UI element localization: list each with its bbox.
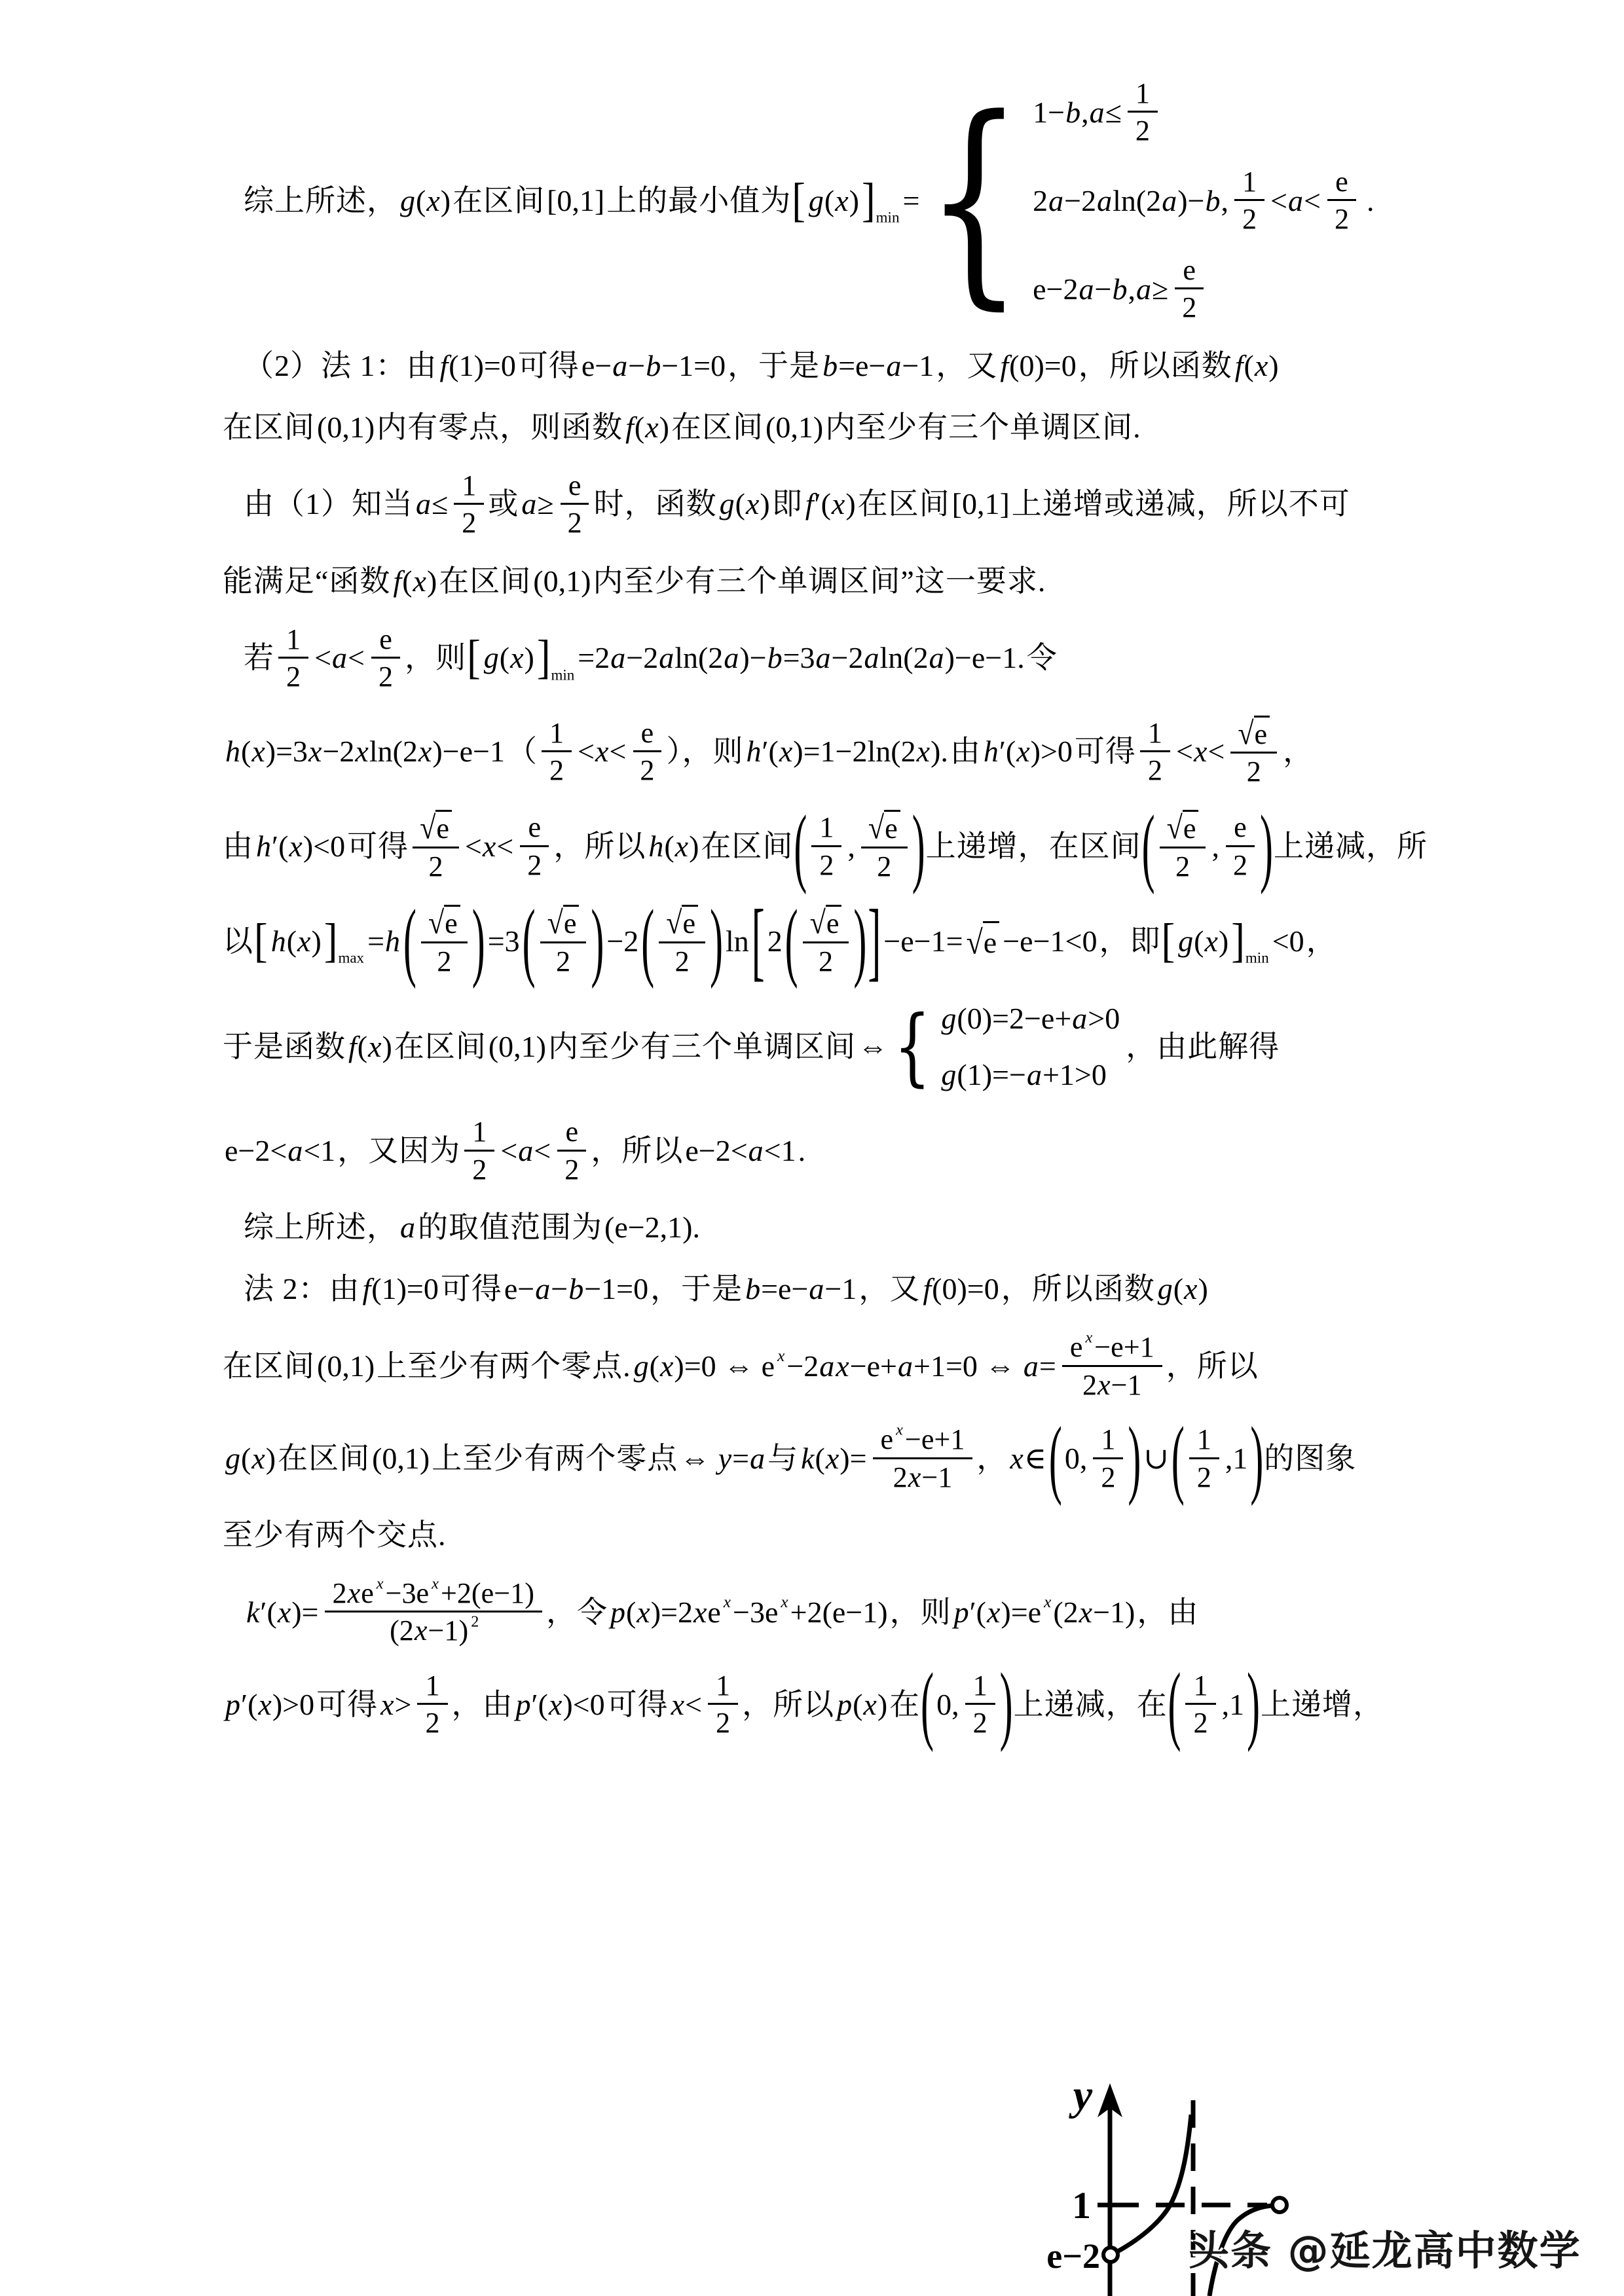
watermark: 头条 @延龙高中数学 bbox=[1189, 2218, 1581, 2276]
page: { "document": { "lines": [ {"indent": tr… bbox=[0, 0, 1624, 2296]
text-line: 以[h(x)]max=h(√e2)=3(√e2)−2(√e2)ln[2(√e2)… bbox=[223, 905, 1408, 977]
text-line: 综上所述，a的取值范围为(e−2,1). bbox=[223, 1208, 1408, 1247]
text-line: 由（1）知当a≤12或a≥e2时，函数g(x)即f′(x)在区间[0,1]上递增… bbox=[223, 469, 1408, 539]
y-axis-label: y bbox=[1069, 2082, 1093, 2119]
text-line: 至少有两个交点. bbox=[223, 1516, 1408, 1555]
tick-label-e-minus-2: e−2 bbox=[1046, 2236, 1100, 2276]
text-line: 于是函数f(x)在区间(0,1)内至少有三个单调区间⇔{g(0)=2−e+a>0… bbox=[223, 1000, 1408, 1093]
text-line: g(x)在区间(0,1)上至少有两个零点⇔ y=a与k(x)=ex−e+12x−… bbox=[223, 1423, 1408, 1493]
text-line: （2）法 1：由f(1)=0可得e−a−b−1=0，于是b=e−a−1，又f(0… bbox=[223, 346, 1408, 386]
text-line: 综上所述，g(x)在区间[0,1]上的最小值为[g(x)]min={1−b,a≤… bbox=[223, 77, 1408, 324]
text-line: 在区间(0,1)上至少有两个零点.g(x)=0 ⇔ ex−2ax−e+a+1=0… bbox=[223, 1331, 1408, 1401]
text-line: 由h′(x)<0可得√e2<x<e2，所以h(x)在区间(12,√e2)上递增，… bbox=[223, 810, 1408, 883]
text-line: p′(x)>0可得x>12，由p′(x)<0可得x<12，所以p(x)在(0,1… bbox=[223, 1669, 1408, 1740]
text-line: 在区间(0,1)内有零点，则函数f(x)在区间(0,1)内至少有三个单调区间. bbox=[223, 408, 1408, 447]
text-line: 法 2：由f(1)=0可得e−a−b−1=0，于是b=e−a−1，又f(0)=0… bbox=[223, 1269, 1408, 1309]
text-line: k′(x)=2xex−3ex+2(e−1)(2x−1)2，令p(x)=2xex−… bbox=[223, 1577, 1408, 1647]
curve-left-branch bbox=[1115, 2115, 1191, 2253]
document-body: 综上所述，g(x)在区间[0,1]上的最小值为[g(x)]min={1−b,a≤… bbox=[223, 77, 1408, 1762]
text-line: 若12<a<e2，则[g(x)]min=2a−2aln(2a)−b=3a−2al… bbox=[223, 623, 1408, 693]
text-line: 能满足“函数f(x)在区间(0,1)内至少有三个单调区间”这一要求. bbox=[223, 562, 1408, 601]
open-point-left bbox=[1103, 2248, 1118, 2262]
tick-label-1: 1 bbox=[1072, 2184, 1091, 2227]
text-line: h(x)=3x−2xln(2x)−e−1（12<x<e2），则h′(x)=1−2… bbox=[223, 716, 1408, 788]
open-point-right bbox=[1272, 2198, 1287, 2212]
text-line: e−2<a<1，又因为12<a<e2，所以e−2<a<1. bbox=[223, 1116, 1408, 1186]
